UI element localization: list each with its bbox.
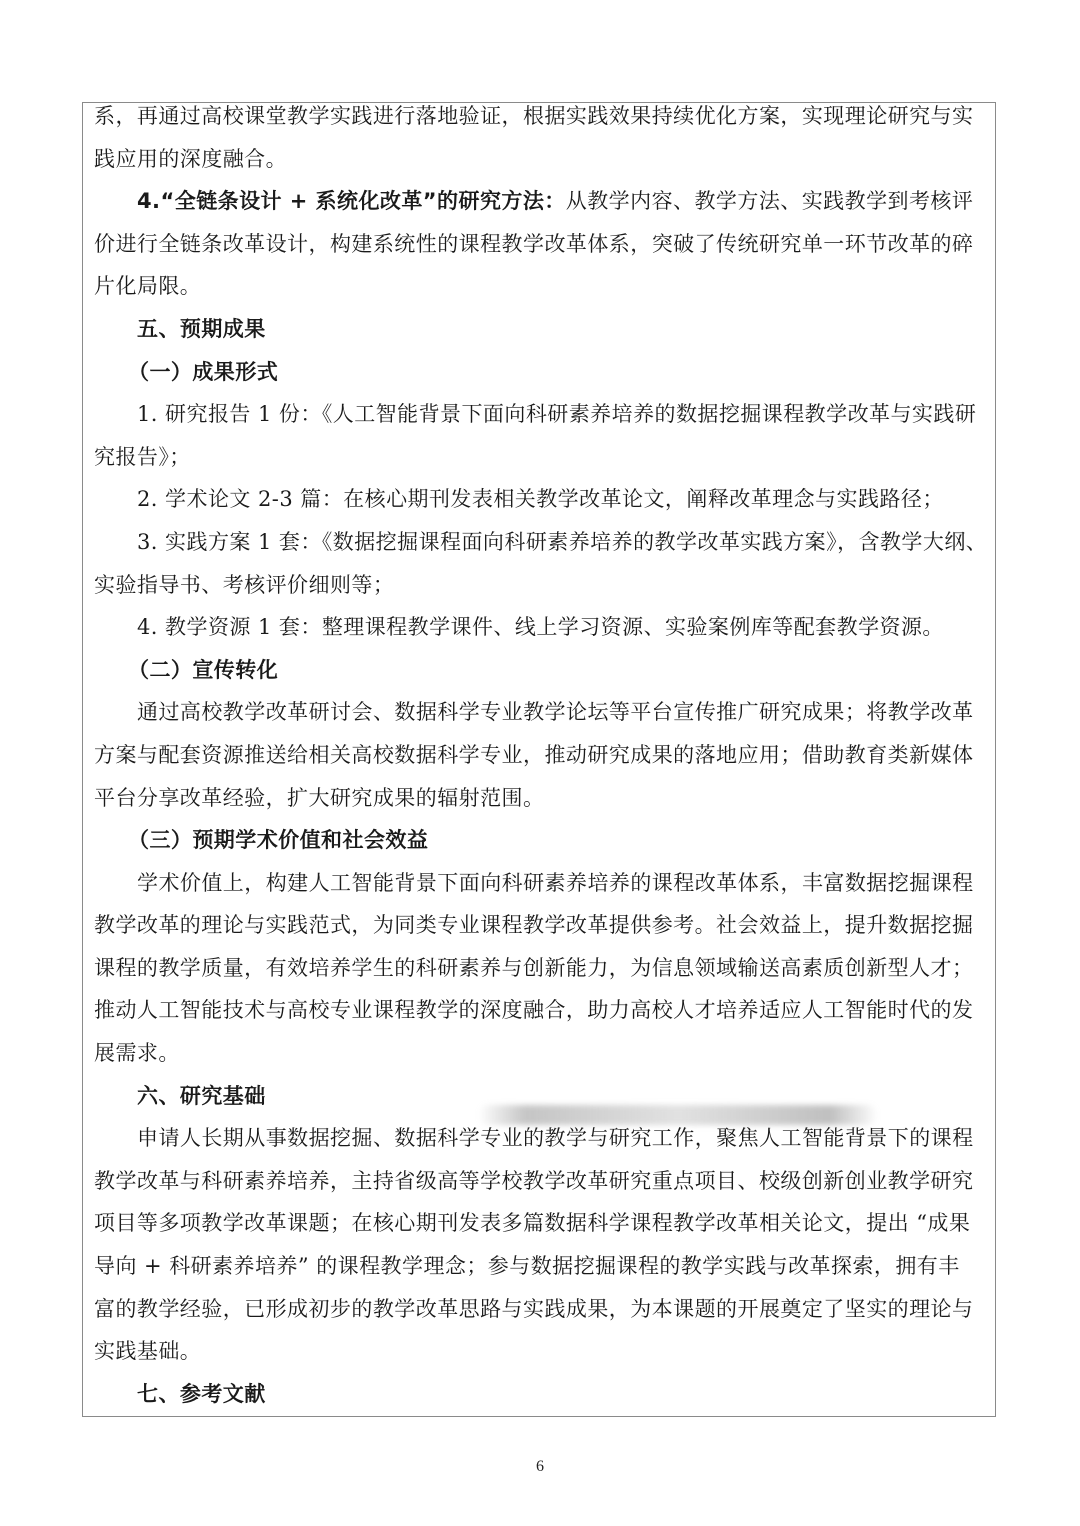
- text-line: 系，再通过高校课堂教学实践进行落地验证，根据实践效果持续优化方案，实现理论研究与…: [94, 95, 987, 138]
- text-line: 片化局限。: [94, 265, 987, 308]
- text-line: 方案与配套资源推送给相关高校数据科学专业，推动研究成果的落地应用；借助教育类新媒…: [94, 734, 987, 777]
- text-line: 展需求。: [94, 1032, 987, 1075]
- text-line: 教学改革的理论与实践范式，为同类专业课程教学改革提供参考。社会效益上，提升数据挖…: [94, 904, 987, 947]
- subheading-promotion: （二）宣传转化: [94, 649, 987, 692]
- text-line: 究报告》；: [94, 436, 987, 479]
- text-line: 价进行全链条改革设计，构建系统性的课程教学改革体系，突破了传统研究单一环节改革的…: [94, 223, 987, 266]
- subheading-result-forms: （一）成果形式: [94, 351, 987, 394]
- text-line: 推动人工智能技术与高校专业课程教学的深度融合，助力高校人才培养适应人工智能时代的…: [94, 989, 987, 1032]
- list-item-research-report: 1. 研究报告 1 份：《人工智能背景下面向科研素养培养的数据挖掘课程教学改革与…: [94, 393, 987, 436]
- text-line: 课程的教学质量，有效培养学生的科研素养与创新能力，为信息领域输送高素质创新型人才…: [94, 947, 987, 990]
- list-item-academic-papers: 2. 学术论文 2-3 篇：在核心期刊发表相关教学改革论文，阐释改革理念与实践路…: [94, 478, 987, 521]
- text-line: 导向 + 科研素养培养” 的课程教学理念；参与数据挖掘课程的教学实践与改革探索，…: [94, 1245, 987, 1288]
- method-paragraph: 4.“全链条设计 + 系统化改革”的研究方法：从教学内容、教学方法、实践教学到考…: [94, 180, 987, 223]
- paragraph-promotion: 通过高校教学改革研讨会、数据科学专业教学论坛等平台宣传推广研究成果；将教学改革: [94, 691, 987, 734]
- subheading-academic-social-value: （三）预期学术价值和社会效益: [94, 819, 987, 862]
- list-item-practice-plan: 3. 实践方案 1 套：《数据挖掘课程面向科研素养培养的教学改革实践方案》，含教…: [94, 521, 987, 564]
- page-number: 6: [0, 1458, 1080, 1476]
- document-body: 系，再通过高校课堂教学实践进行落地验证，根据实践效果持续优化方案，实现理论研究与…: [94, 95, 987, 1415]
- method-text: 从教学内容、教学方法、实践教学到考核评: [566, 189, 974, 213]
- text-line: 实验指导书、考核评价细则等；: [94, 564, 987, 607]
- text-line: 实践基础。: [94, 1330, 987, 1373]
- redaction-smudge: [478, 1105, 878, 1125]
- section-heading-references: 七、参考文献: [94, 1373, 987, 1416]
- text-line: 平台分享改革经验，扩大研究成果的辐射范围。: [94, 777, 987, 820]
- list-item-teaching-resources: 4. 教学资源 1 套：整理课程教学课件、线上学习资源、实验案例库等配套教学资源…: [94, 606, 987, 649]
- text-line: 教学改革与科研素养培养，主持省级高等学校教学改革研究重点项目、校级创新创业教学研…: [94, 1160, 987, 1203]
- text-line: 富的教学经验，已形成初步的教学改革思路与实践成果，为本课题的开展奠定了坚实的理论…: [94, 1288, 987, 1331]
- method-lead: 4.“全链条设计 + 系统化改革”的研究方法：: [137, 189, 566, 213]
- text-line: 践应用的深度融合。: [94, 138, 987, 181]
- section-heading-expected-results: 五、预期成果: [94, 308, 987, 351]
- text-line: 项目等多项教学改革课题；在核心期刊发表多篇数据科学课程教学改革相关论文，提出 “…: [94, 1202, 987, 1245]
- paragraph-value: 学术价值上，构建人工智能背景下面向科研素养培养的课程改革体系，丰富数据挖掘课程: [94, 862, 987, 905]
